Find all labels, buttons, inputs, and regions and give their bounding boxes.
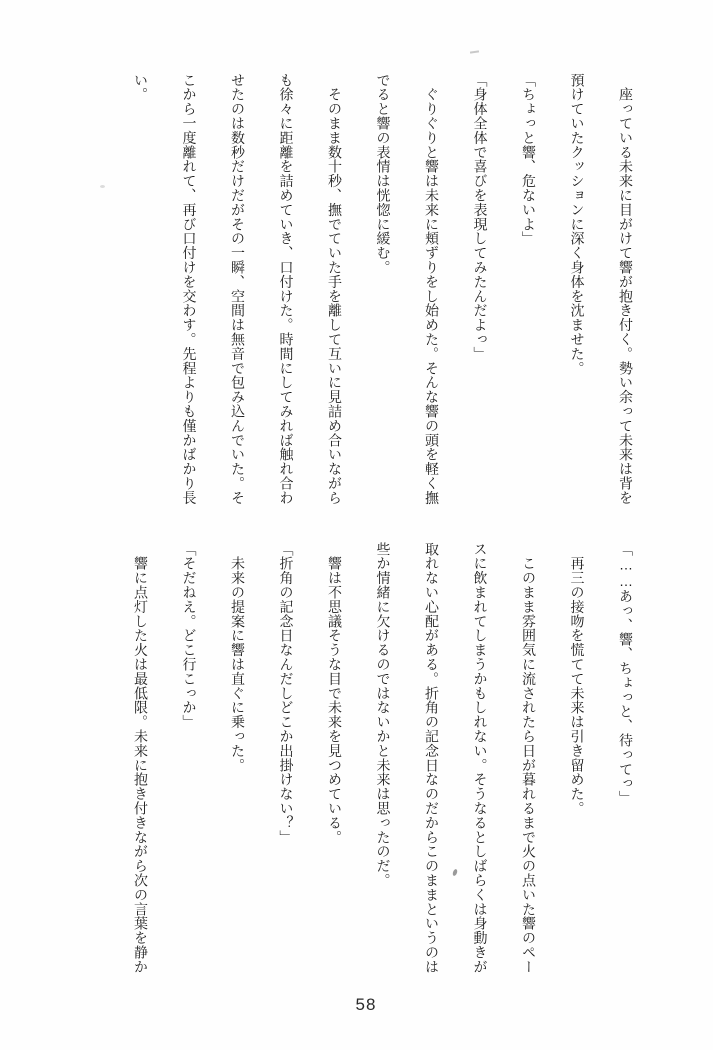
text-line: このまま雰囲気に流されたら日が暮れるまで火の点いた響のペー — [505, 542, 554, 994]
scanned-novel-page: { "page": { "number": "58" }, "upper_blo… — [0, 0, 713, 1050]
text-line: 響に点灯した火は最低限。未来に抱き付きながら次の言葉を静か — [117, 542, 166, 994]
lower-text-block: 「……あっ、響、ちょっと、待ってっ」 再三の接吻を慌てて未来は引き留めた。 この… — [117, 542, 651, 994]
text-line: 取れない心配がある。折角の記念日なのだからこのままというのは — [408, 542, 457, 994]
page-number: 58 — [341, 995, 391, 1015]
text-line: 「ちょっと響、危ないよ」 — [505, 73, 554, 525]
upper-text-block: 座っている未来に目がけて響が抱き付く。勢い余って未来は背を 預けていたクッション… — [117, 73, 651, 525]
text-line: こから一度離れて、再び口付けを交わす。先程よりも僅かばかり長 — [165, 73, 214, 525]
text-line: 「身体全体で喜びを表現してみたんだよっ」 — [456, 73, 505, 525]
text-line: でると響の表情は恍惚に緩む。 — [359, 73, 408, 525]
text-line: 再三の接吻を慌てて未来は引き留めた。 — [553, 542, 602, 994]
text-line: 座っている未来に目がけて響が抱き付く。勢い余って未来は背を — [602, 73, 651, 525]
text-line: せたのは数秒だけだがその一瞬、空間は無音で包み込んでいた。そ — [214, 73, 263, 525]
text-line: 響は不思議そうな目で未来を見つめている。 — [311, 542, 360, 994]
text-line: 「そだねえ。どこ行こっか」 — [165, 542, 214, 994]
text-line: も徐々に距離を詰めていき、口付けた。時間にしてみれば触れ合わ — [262, 73, 311, 525]
text-line: 未来の提案に響は直ぐに乗った。 — [214, 542, 263, 994]
text-line: 預けていたクッションに深く身体を沈ませた。 — [553, 73, 602, 525]
scan-speck — [470, 50, 479, 53]
scan-speck — [100, 185, 105, 188]
text-line: ぐりぐりと響は未来に頬ずりをし始めた。そんな響の頭を軽く撫 — [408, 73, 457, 525]
text-line: スに飲まれてしまうかもしれない。そうなるとしばらくは身動きが — [456, 542, 505, 994]
text-line: 「折角の記念日なんだしどこか出掛けない？」 — [262, 542, 311, 994]
text-line: 些か情緒に欠けるのではないかと未来は思ったのだ。 — [359, 542, 408, 994]
text-line: そのまま数十秒、撫でていた手を離して互いに見詰め合いながら — [311, 73, 360, 525]
text-line: 「……あっ、響、ちょっと、待ってっ」 — [602, 542, 651, 994]
text-line: い。 — [117, 73, 166, 525]
